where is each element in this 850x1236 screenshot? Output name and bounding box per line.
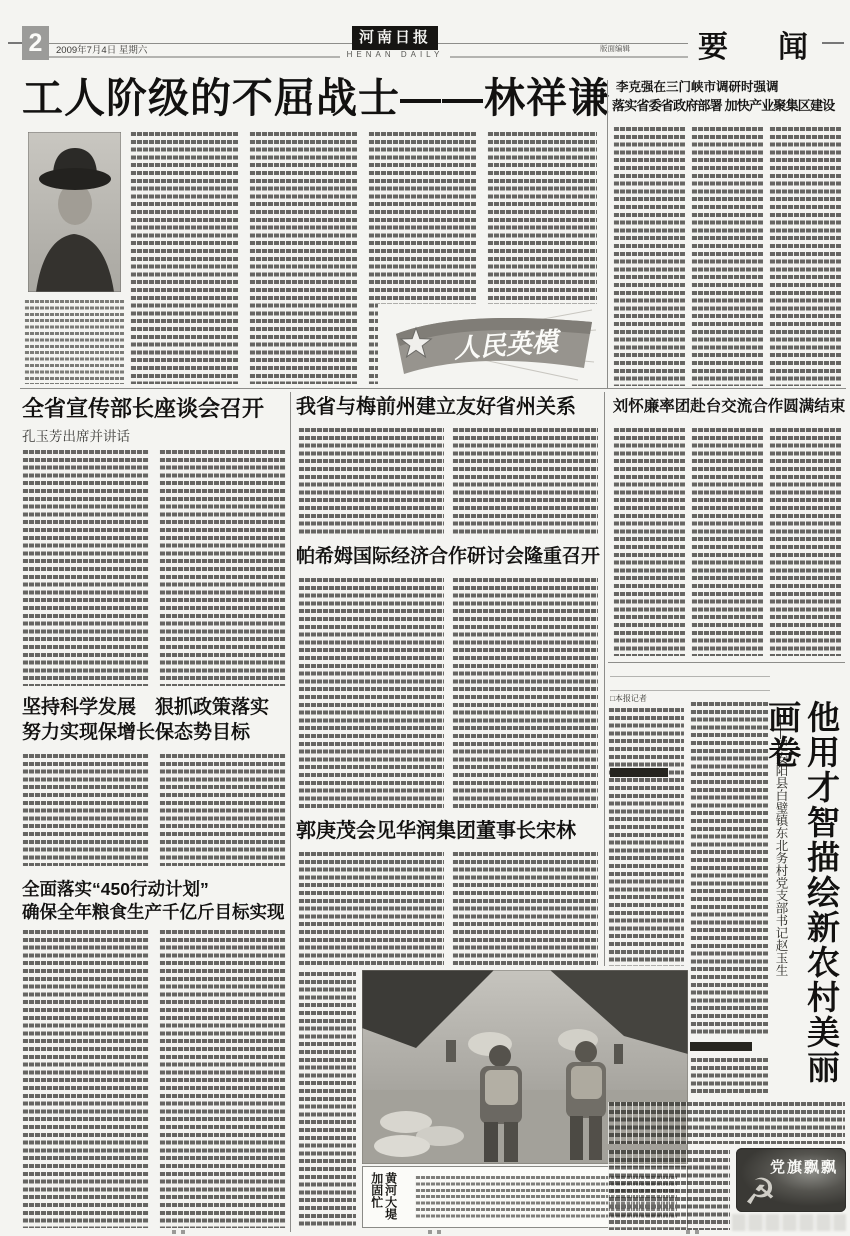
lead-headline: 工人阶级的不屈战士——林祥谦 bbox=[22, 74, 614, 122]
body-text-block bbox=[608, 1150, 730, 1230]
photo-caption-title: 黄河大堤 加固忙 bbox=[369, 1172, 397, 1224]
page-bottom-dots bbox=[686, 1230, 690, 1234]
body-text-block bbox=[608, 708, 684, 966]
section-title: 要 闻 bbox=[698, 22, 818, 58]
feature-subhead-bar bbox=[690, 1042, 752, 1051]
divider-mid-right bbox=[604, 392, 605, 966]
body-text-block bbox=[769, 428, 841, 656]
left-a2-line2: 努力实现保增长保态势目标 bbox=[22, 721, 290, 746]
right-a1-headline: 刘怀廉率团赴台交流合作圆满结束 bbox=[612, 398, 846, 416]
masthead-english: HENAN DAILY bbox=[340, 50, 450, 61]
caption-title-line1: 黄河大堤 bbox=[383, 1172, 397, 1224]
topright-kicker: 李克强在三门峡市调研时强调 bbox=[616, 80, 846, 95]
body-text-block bbox=[159, 754, 286, 866]
body-text-block bbox=[130, 132, 238, 384]
topright-headline: 落实省委省政府部署 加快产业聚集区建设 bbox=[612, 98, 846, 113]
divider-top-right bbox=[607, 80, 608, 388]
newspaper-page: 2 2009年7月4日 星期六 河南日报 HENAN DAILY 版面编辑 要 … bbox=[0, 0, 850, 1236]
caption-title-line2: 加固忙 bbox=[369, 1172, 383, 1224]
portrait-caption-text bbox=[24, 300, 124, 384]
left-a2-line1: 坚持科学发展 狠抓政策落实 bbox=[22, 696, 290, 721]
scan-watermark bbox=[732, 1214, 846, 1231]
body-text-block bbox=[298, 972, 356, 1228]
body-text-block bbox=[690, 702, 768, 1036]
left-a2-headline: 坚持科学发展 狠抓政策落实 努力实现保增长保态势目标 bbox=[22, 696, 290, 745]
body-text-block bbox=[22, 450, 149, 686]
masthead-title: 河南日报 bbox=[359, 30, 431, 46]
body-text-block bbox=[298, 428, 444, 534]
body-text-block bbox=[22, 754, 149, 866]
page-date: 2009年7月4日 星期六 bbox=[56, 42, 266, 54]
rule-above-feature bbox=[608, 662, 845, 663]
mid-a3-headline: 郭庚茂会见华润集团董事长宋林 bbox=[296, 820, 602, 844]
page-number: 2 bbox=[29, 29, 43, 57]
feature-byline-rule-top bbox=[610, 676, 770, 677]
left-a1-headline: 全省宣传部长座谈会召开 bbox=[22, 396, 290, 422]
page-bottom-dots bbox=[172, 1230, 176, 1234]
party-flag-label: 党旗飘飘 bbox=[770, 1156, 838, 1177]
left-a3-line2: 确保全年粮食生产千亿斤目标实现 bbox=[22, 901, 290, 924]
left-a3-headline: 全面落实“450行动计划” 确保全年粮食生产千亿斤目标实现 bbox=[22, 878, 290, 924]
page-number-box: 2 bbox=[22, 26, 49, 60]
body-text-block bbox=[608, 1102, 845, 1144]
body-text-block bbox=[613, 127, 685, 386]
body-text-block bbox=[452, 852, 598, 966]
masthead-logo: 河南日报 bbox=[352, 26, 438, 50]
left-a1-subhead: 孔玉芳出席并讲话 bbox=[22, 425, 232, 445]
mid-a1-headline: 我省与梅前州建立友好省州关系 bbox=[296, 396, 602, 420]
header-dash-right bbox=[822, 42, 844, 44]
body-text-block bbox=[613, 428, 685, 656]
divider-left-mid bbox=[290, 392, 291, 1232]
body-text-block bbox=[452, 578, 598, 808]
portrait-photo bbox=[28, 132, 121, 292]
body-text-block bbox=[298, 578, 444, 808]
feature-headline: 他用才智描绘新农村美丽画卷 bbox=[792, 700, 840, 1104]
feature-byline-rule-bottom bbox=[610, 690, 770, 691]
body-text-block bbox=[769, 127, 841, 386]
body-text-block bbox=[691, 428, 763, 656]
left-a3-line1: 全面落实“450行动计划” bbox=[22, 878, 290, 901]
body-text-block bbox=[690, 1058, 768, 1094]
party-flag-box: ☭ 党旗飘飘 bbox=[736, 1148, 846, 1212]
body-text-block bbox=[159, 930, 286, 1228]
body-text-block bbox=[691, 127, 763, 386]
page-bottom-dots bbox=[428, 1230, 432, 1234]
editors-note: 版面编辑 bbox=[600, 43, 690, 53]
body-text-block bbox=[159, 450, 286, 686]
body-text-block bbox=[298, 852, 444, 966]
body-text-block bbox=[22, 930, 149, 1228]
section-rule bbox=[20, 388, 846, 389]
mid-a2-headline: 帕希姆国际经济合作研讨会隆重召开 bbox=[296, 546, 602, 568]
hammer-sickle-icon: ☭ bbox=[744, 1174, 776, 1210]
feature-subhead-bar bbox=[610, 768, 668, 777]
series-banner: 人民英模 bbox=[378, 304, 600, 386]
body-text-block bbox=[452, 428, 598, 534]
body-text-block bbox=[249, 132, 357, 384]
